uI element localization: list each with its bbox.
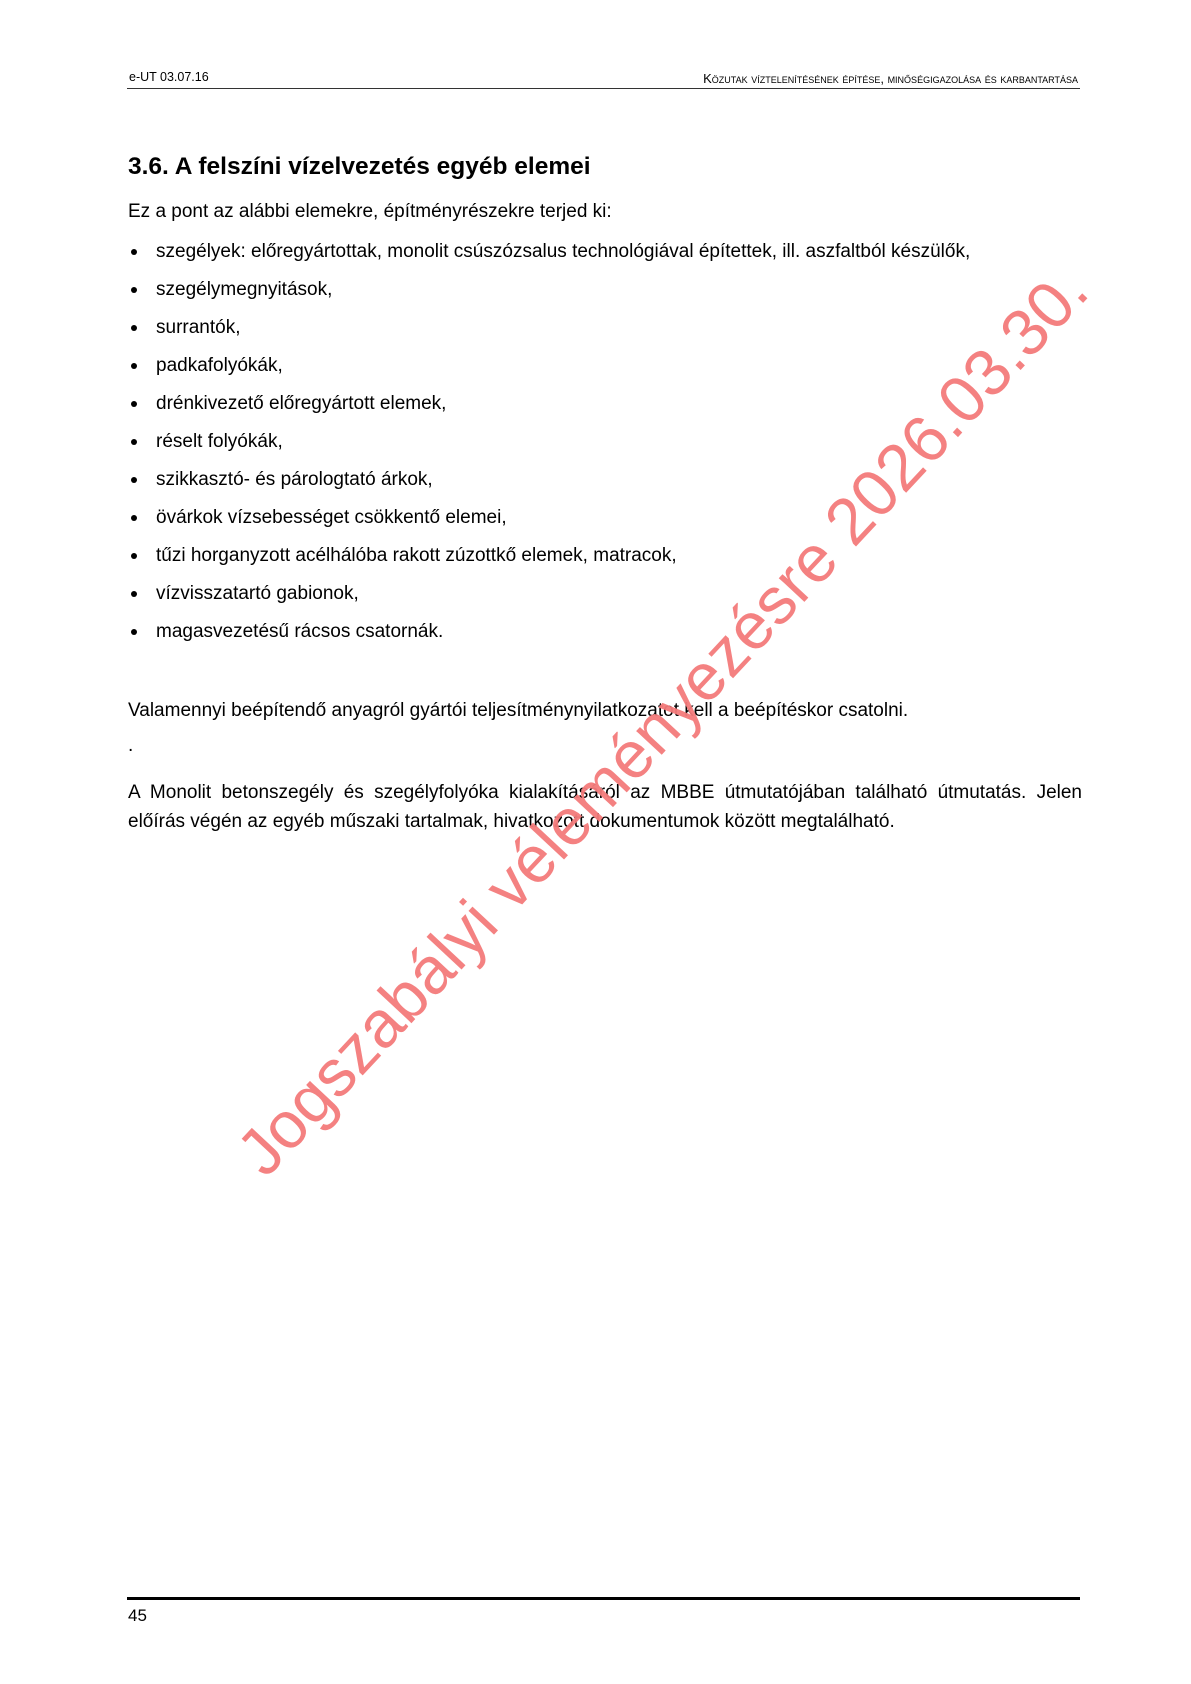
list-item: drénkivezető előregyártott elemek, [128, 392, 1088, 415]
list-item-text: magasvezetésű rácsos csatornák. [156, 621, 443, 642]
footer-divider [127, 1597, 1080, 1600]
bullet-icon [131, 553, 137, 559]
list-item-text: réselt folyókák, [156, 431, 283, 452]
page-header: e-UT 03.07.16 Közutak víztelenítésének é… [127, 68, 1080, 89]
bullet-icon [131, 249, 137, 255]
list-item: tűzi horganyzott acélhálóba rakott zúzot… [128, 544, 1088, 567]
bullet-icon [131, 629, 137, 635]
bullet-icon [131, 477, 137, 483]
bullet-icon [131, 287, 137, 293]
list-item: szikkasztó- és párologtató árkok, [128, 468, 1088, 491]
list-item: szegélyek: előregyártottak, monolit csús… [128, 240, 1088, 263]
list-item: övárkok vízsebességet csökkentő elemei, [128, 506, 1088, 529]
list-item-text: vízvisszatartó gabionok, [156, 583, 359, 604]
bullet-icon [131, 401, 137, 407]
body-paragraph: A Monolit betonszegély és szegélyfolyóka… [128, 778, 1082, 836]
list-item-text: padkafolyókák, [156, 355, 283, 376]
declaration-note: Valamennyi beépítendő anyagról gyártói t… [128, 700, 908, 722]
list-item-text: szikkasztó- és párologtató árkok, [156, 469, 433, 490]
list-item: padkafolyókák, [128, 354, 1088, 377]
stray-dot: . [128, 735, 133, 757]
list-item-text: szegélymegnyitások, [156, 279, 332, 300]
list-item-text: szegélyek: előregyártottak, monolit csús… [156, 241, 970, 262]
list-item-text: surrantók, [156, 317, 240, 338]
section-title: 3.6. A felszíni vízelvezetés egyéb eleme… [128, 153, 591, 181]
list-item: magasvezetésű rácsos csatornák. [128, 620, 1088, 643]
list-item-text: övárkok vízsebességet csökkentő elemei, [156, 507, 507, 528]
bullet-icon [131, 591, 137, 597]
list-item: surrantók, [128, 316, 1088, 339]
page-number: 45 [128, 1606, 147, 1626]
bullet-icon [131, 439, 137, 445]
list-item-text: drénkivezető előregyártott elemek, [156, 393, 446, 414]
list-item: szegélymegnyitások, [128, 278, 1088, 301]
list-item: réselt folyókák, [128, 430, 1088, 453]
bullet-icon [131, 363, 137, 369]
bullet-icon [131, 515, 137, 521]
section-intro: Ez a pont az alábbi elemekre, építményré… [128, 201, 612, 223]
list-item-text: tűzi horganyzott acélhálóba rakott zúzot… [156, 545, 677, 566]
element-list: szegélyek: előregyártottak, monolit csús… [128, 240, 1088, 658]
document-title: Közutak víztelenítésének építése, minősé… [703, 71, 1078, 86]
bullet-icon [131, 325, 137, 331]
list-item: vízvisszatartó gabionok, [128, 582, 1088, 605]
document-code: e-UT 03.07.16 [129, 70, 209, 84]
